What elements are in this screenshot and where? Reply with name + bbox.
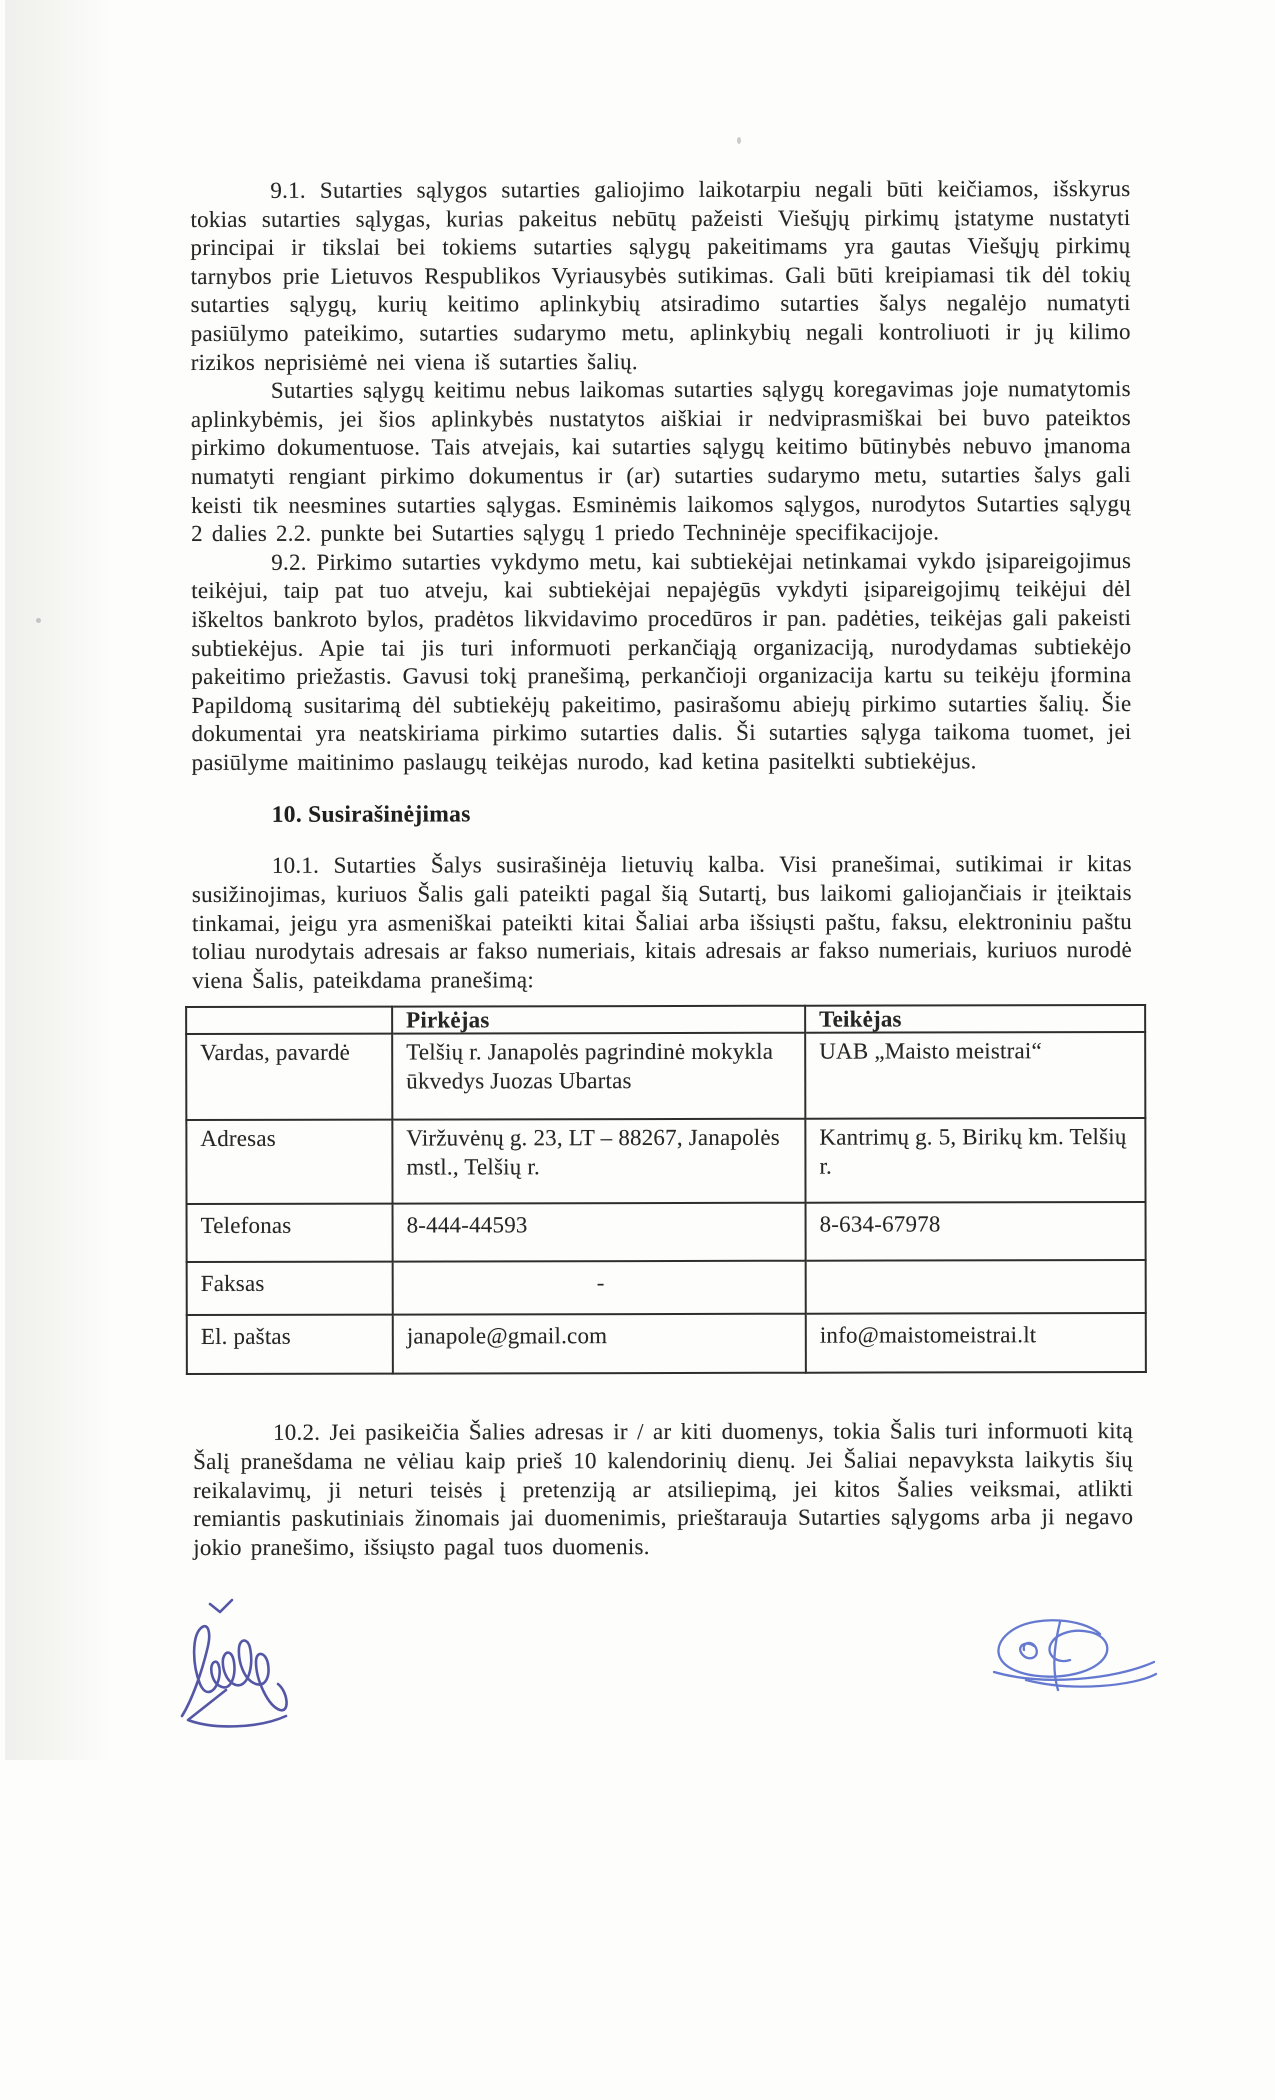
buyer-address-cell: Viržuvėnų g. 23, LT – 88267, Janapolės m… <box>392 1119 805 1204</box>
table-row-name: Vardas, pavardė Telšių r. Janapolės pagr… <box>186 1032 1145 1120</box>
signature-buyer <box>168 1588 348 1738</box>
supplier-address-cell: Kantrimų g. 5, Birikų km. Telšių r. <box>805 1118 1145 1203</box>
table-row-address: Adresas Viržuvėnų g. 23, LT – 88267, Jan… <box>186 1118 1145 1204</box>
supplier-name-cell: UAB „Maisto meistrai“ <box>805 1032 1145 1119</box>
paragraph-9-1: 9.1. Sutarties sąlygos sutarties galioji… <box>190 175 1130 377</box>
row-label: Telefonas <box>187 1204 393 1262</box>
signature-supplier <box>942 1612 1162 1712</box>
row-label: Faksas <box>187 1262 393 1315</box>
section-heading-correspondence: 10. Susirašinėjimas <box>272 800 1132 829</box>
supplier-fax-cell <box>806 1260 1146 1314</box>
scan-shading-artifact <box>5 0 113 1760</box>
document-content: 9.1. Sutarties sąlygos sutarties galioji… <box>190 0 1133 1562</box>
row-label: El. paštas <box>187 1315 393 1374</box>
buyer-email-cell: janapole@gmail.com <box>393 1314 806 1374</box>
supplier-email-cell: info@maistomeistrai.lt <box>806 1313 1146 1373</box>
paragraph-10-1: 10.1. Sutarties Šalys susirašinėja lietu… <box>192 850 1132 995</box>
paragraph-conditions: Sutarties sąlygų keitimu nebus laikomas … <box>191 375 1131 549</box>
scan-speck <box>36 618 41 623</box>
paragraph-9-2: 9.2. Pirkimo sutarties vykdymo metu, kai… <box>191 547 1131 778</box>
table-row-email: El. paštas janapole@gmail.com info@maist… <box>187 1313 1146 1374</box>
supplier-phone-cell: 8-634-67978 <box>806 1202 1146 1261</box>
table-header-row: Pirkėjas Teikėjas <box>186 1005 1145 1034</box>
row-label: Adresas <box>186 1120 392 1204</box>
contacts-header-supplier: Teikėjas <box>805 1005 1145 1033</box>
table-row-fax: Faksas - <box>187 1260 1146 1315</box>
buyer-phone-cell: 8-444-44593 <box>393 1203 806 1262</box>
buyer-name-cell: Telšių r. Janapolės pagrindinė mokykla ū… <box>392 1033 805 1120</box>
document-page: 9.1. Sutarties sąlygos sutarties galioji… <box>0 0 1275 2100</box>
contacts-table: Pirkėjas Teikėjas Vardas, pavardė Telšių… <box>185 1004 1147 1375</box>
table-row-phone: Telefonas 8-444-44593 8-634-67978 <box>187 1202 1146 1262</box>
paragraph-10-2: 10.2. Jei pasikeičia Šalies adresas ir /… <box>193 1417 1133 1562</box>
contacts-header-empty <box>186 1007 392 1034</box>
buyer-fax-cell: - <box>393 1261 806 1315</box>
row-label: Vardas, pavardė <box>186 1034 392 1120</box>
contacts-header-buyer: Pirkėjas <box>392 1006 805 1034</box>
